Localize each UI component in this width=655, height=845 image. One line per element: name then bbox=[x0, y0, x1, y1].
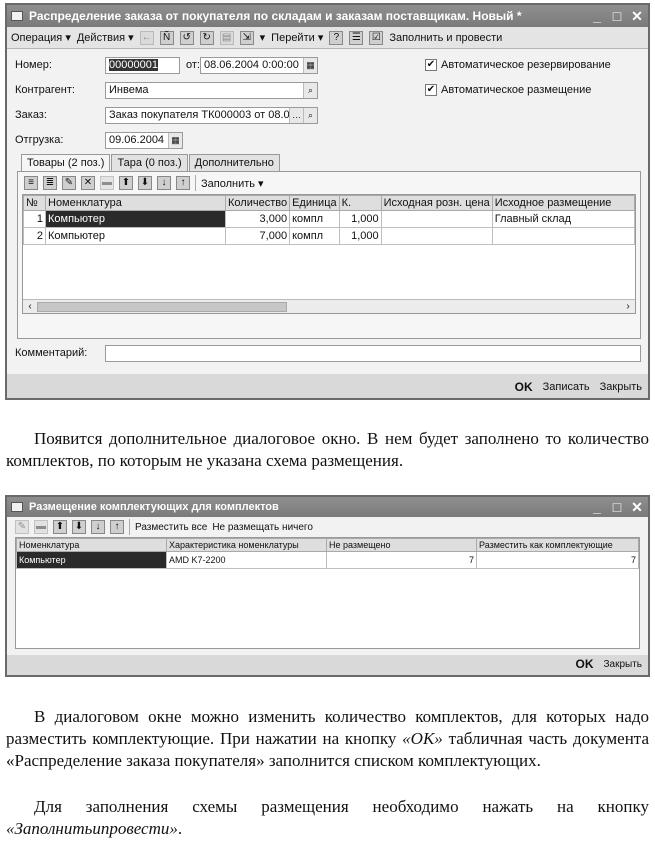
auto-placement-checkbox[interactable]: ✔ Автоматическое размещение bbox=[425, 84, 591, 96]
date-from-label: от: bbox=[186, 59, 200, 71]
delete-row-icon[interactable]: ✕ bbox=[81, 176, 95, 190]
sort-descending-icon[interactable]: ↑ bbox=[110, 520, 124, 534]
table-cell[interactable]: 7 bbox=[477, 552, 639, 569]
goods-grid: №НоменклатураКоличествоЕдиницаК.Исходная… bbox=[22, 194, 636, 314]
document-icon bbox=[11, 502, 23, 512]
back-arrow-icon[interactable]: ← bbox=[140, 31, 154, 45]
post-document-icon[interactable]: Ñ bbox=[160, 31, 174, 45]
number-label: Номер: bbox=[15, 59, 52, 71]
separator bbox=[195, 175, 196, 191]
operation-menu[interactable]: Операция ▾ bbox=[11, 31, 71, 44]
copy-row-icon[interactable]: ≣ bbox=[43, 176, 57, 190]
search-icon[interactable]: ⌕ bbox=[303, 83, 317, 98]
ok-button[interactable]: OK bbox=[575, 657, 593, 671]
table-cell[interactable]: Главный склад bbox=[492, 211, 634, 228]
unpost-icon[interactable]: ↺ bbox=[180, 31, 194, 45]
components-grid: НоменклатураХарактеристика номенклатурыН… bbox=[15, 537, 640, 649]
tab-goods[interactable]: Товары (2 поз.) bbox=[21, 154, 110, 171]
ok-button[interactable]: OK bbox=[515, 380, 533, 394]
column-header[interactable]: Номенклатура bbox=[46, 196, 226, 211]
goods-table: №НоменклатураКоличествоЕдиницаК.Исходная… bbox=[23, 195, 635, 245]
fill-menu[interactable]: Заполнить ▾ bbox=[201, 177, 264, 190]
maximize-button[interactable]: □ bbox=[610, 499, 624, 516]
goto-menu[interactable]: Перейти ▾ bbox=[271, 31, 323, 44]
table-cell[interactable]: 1,000 bbox=[339, 211, 381, 228]
paragraph-3: Для заполнения схемы размещения необходи… bbox=[6, 796, 649, 840]
column-header[interactable]: Исходное размещение bbox=[492, 196, 634, 211]
scroll-thumb[interactable] bbox=[37, 302, 287, 312]
table-cell[interactable]: Компьютер bbox=[46, 211, 226, 228]
table-cell[interactable]: компл bbox=[290, 228, 340, 245]
move-up-icon[interactable]: ⬆ bbox=[53, 520, 67, 534]
table-cell[interactable] bbox=[492, 228, 634, 245]
table-row[interactable]: 1Компьютер3,000компл1,000Главный склад bbox=[24, 211, 635, 228]
goods-tab-panel: ≡ ≣ ✎ ✕ ▬ ⬆ ⬇ ↓ ↑ Заполнить ▾ №Номенклат… bbox=[17, 171, 641, 339]
number-field[interactable]: 00000001 bbox=[105, 57, 180, 74]
counterparty-field[interactable]: Инвема bbox=[105, 82, 318, 99]
order-label: Заказ: bbox=[15, 109, 47, 121]
paragraph-2: В диалоговом окне можно изменить количес… bbox=[6, 706, 649, 772]
comment-label: Комментарий: bbox=[15, 347, 87, 359]
horizontal-scrollbar[interactable]: ‹ › bbox=[23, 299, 635, 313]
window-titlebar: Распределение заказа от покупателя по ск… bbox=[7, 5, 648, 27]
shipment-label: Отгрузка: bbox=[15, 134, 63, 146]
add-row-icon[interactable]: ≡ bbox=[24, 176, 38, 190]
maximize-button[interactable]: □ bbox=[610, 8, 624, 25]
window-title: Распределение заказа от покупателя по ск… bbox=[29, 9, 590, 23]
column-header[interactable]: Единица bbox=[290, 196, 340, 211]
table-cell[interactable]: 3,000 bbox=[226, 211, 290, 228]
counterparty-label: Контрагент: bbox=[15, 84, 75, 96]
based-on-icon[interactable]: ⇲ bbox=[240, 31, 254, 45]
edit-row-icon[interactable]: ✎ bbox=[15, 520, 29, 534]
end-edit-icon[interactable]: ▬ bbox=[34, 520, 48, 534]
table-cell[interactable]: AMD K7-2200 bbox=[167, 552, 327, 569]
move-down-icon[interactable]: ⬇ bbox=[72, 520, 86, 534]
close-button[interactable]: Закрыть bbox=[600, 381, 642, 393]
based-on-dropdown[interactable]: ▾ bbox=[260, 31, 266, 44]
move-up-icon[interactable]: ⬆ bbox=[119, 176, 133, 190]
table-cell[interactable]: 1 bbox=[24, 211, 46, 228]
column-header[interactable]: К. bbox=[339, 196, 381, 211]
column-header[interactable]: Номенклатура bbox=[17, 539, 167, 552]
paragraph-1: Появится дополнительное диалоговое окно.… bbox=[6, 428, 649, 472]
window-titlebar: Размещение комплектующих для комплектов … bbox=[7, 497, 648, 517]
table-cell[interactable] bbox=[381, 228, 492, 245]
column-header[interactable]: Характеристика номенклатуры bbox=[167, 539, 327, 552]
grid-toolbar: ≡ ≣ ✎ ✕ ▬ ⬆ ⬇ ↓ ↑ Заполнить ▾ bbox=[18, 172, 640, 194]
calendar-icon[interactable]: ▦ bbox=[168, 133, 182, 148]
save-button[interactable]: Записать bbox=[543, 381, 590, 393]
sort-ascending-icon[interactable]: ↓ bbox=[157, 176, 171, 190]
column-header[interactable]: Не размещено bbox=[327, 539, 477, 552]
refresh-icon[interactable]: ↻ bbox=[200, 31, 214, 45]
table-row[interactable]: 2Компьютер7,000компл1,000 bbox=[24, 228, 635, 245]
tab-additional[interactable]: Дополнительно bbox=[189, 154, 280, 171]
close-window-button[interactable]: ✕ bbox=[630, 499, 644, 516]
components-toolbar: ✎ ▬ ⬆ ⬇ ↓ ↑ Разместить все Не размещать … bbox=[7, 517, 648, 537]
calendar-icon[interactable]: ▦ bbox=[303, 58, 317, 73]
fill-and-post-icon[interactable]: ☑ bbox=[369, 31, 383, 45]
list-icon[interactable]: ☰ bbox=[349, 31, 363, 45]
footer-buttons: OK Записать Закрыть bbox=[515, 380, 642, 394]
edit-row-icon[interactable]: ✎ bbox=[62, 176, 76, 190]
tab-strip: Товары (2 поз.) Тара (0 поз.) Дополнител… bbox=[21, 154, 281, 171]
place-all-button[interactable]: Разместить все bbox=[135, 522, 207, 533]
help-icon[interactable]: ? bbox=[329, 31, 343, 45]
date-field[interactable]: 08.06.2004 0:00:00 bbox=[200, 57, 318, 74]
close-button[interactable]: Закрыть bbox=[603, 659, 642, 670]
copy-icon[interactable]: ▤ bbox=[220, 31, 234, 45]
column-header[interactable]: Разместить как комплектующие bbox=[477, 539, 639, 552]
table-cell[interactable]: 7 bbox=[327, 552, 477, 569]
table-cell[interactable]: Компьютер bbox=[46, 228, 226, 245]
components-panel: ✎ ▬ ⬆ ⬇ ↓ ↑ Разместить все Не размещать … bbox=[7, 517, 648, 655]
main-toolbar: Операция ▾ Действия ▾ ← Ñ ↺ ↻ ▤ ⇲▾ Перей… bbox=[7, 27, 648, 49]
scroll-right-icon[interactable]: › bbox=[621, 301, 635, 312]
fill-and-post-button[interactable]: Заполнить и провести bbox=[389, 32, 502, 44]
actions-menu[interactable]: Действия ▾ bbox=[77, 31, 134, 44]
table-row[interactable]: КомпьютерAMD K7-220077 bbox=[17, 552, 639, 569]
column-header[interactable]: № bbox=[24, 196, 46, 211]
auto-reserve-checkbox[interactable]: ✔ Автоматическое резервирование bbox=[425, 59, 611, 71]
table-cell[interactable]: компл bbox=[290, 211, 340, 228]
minimize-button[interactable]: _ bbox=[590, 499, 604, 516]
footer-buttons: OK Закрыть bbox=[575, 657, 642, 671]
distribution-window: Распределение заказа от покупателя по ск… bbox=[5, 3, 650, 400]
search-icon[interactable]: ⌕ bbox=[303, 108, 317, 123]
sort-ascending-icon[interactable]: ↓ bbox=[91, 520, 105, 534]
table-cell[interactable]: 7,000 bbox=[226, 228, 290, 245]
scroll-left-icon[interactable]: ‹ bbox=[23, 301, 37, 312]
table-cell[interactable] bbox=[381, 211, 492, 228]
place-none-button[interactable]: Не размещать ничего bbox=[212, 522, 313, 533]
tab-containers[interactable]: Тара (0 поз.) bbox=[111, 154, 187, 171]
column-header[interactable]: Количество bbox=[226, 196, 290, 211]
form-panel: Номер: 00000001 от: 08.06.2004 0:00:00 ▦… bbox=[7, 49, 648, 374]
components-table: НоменклатураХарактеристика номенклатурыН… bbox=[16, 538, 639, 569]
table-cell[interactable]: Компьютер bbox=[17, 552, 167, 569]
table-cell[interactable]: 1,000 bbox=[339, 228, 381, 245]
checkmark-icon: ✔ bbox=[425, 84, 437, 96]
order-field[interactable]: Заказ покупателя ТК000003 от 08.0( bbox=[105, 107, 318, 124]
comment-field[interactable] bbox=[105, 345, 641, 362]
close-window-button[interactable]: ✕ bbox=[630, 8, 644, 25]
minimize-button[interactable]: _ bbox=[590, 8, 604, 25]
separator bbox=[129, 519, 130, 535]
sort-descending-icon[interactable]: ↑ bbox=[176, 176, 190, 190]
end-edit-icon[interactable]: ▬ bbox=[100, 176, 114, 190]
window-title: Размещение комплектующих для комплектов bbox=[29, 501, 590, 513]
move-down-icon[interactable]: ⬇ bbox=[138, 176, 152, 190]
checkmark-icon: ✔ bbox=[425, 59, 437, 71]
column-header[interactable]: Исходная розн. цена bbox=[381, 196, 492, 211]
table-cell[interactable]: 2 bbox=[24, 228, 46, 245]
document-icon bbox=[11, 11, 23, 21]
components-placement-window: Размещение комплектующих для комплектов … bbox=[5, 495, 650, 677]
ellipsis-icon[interactable]: … bbox=[289, 108, 303, 123]
